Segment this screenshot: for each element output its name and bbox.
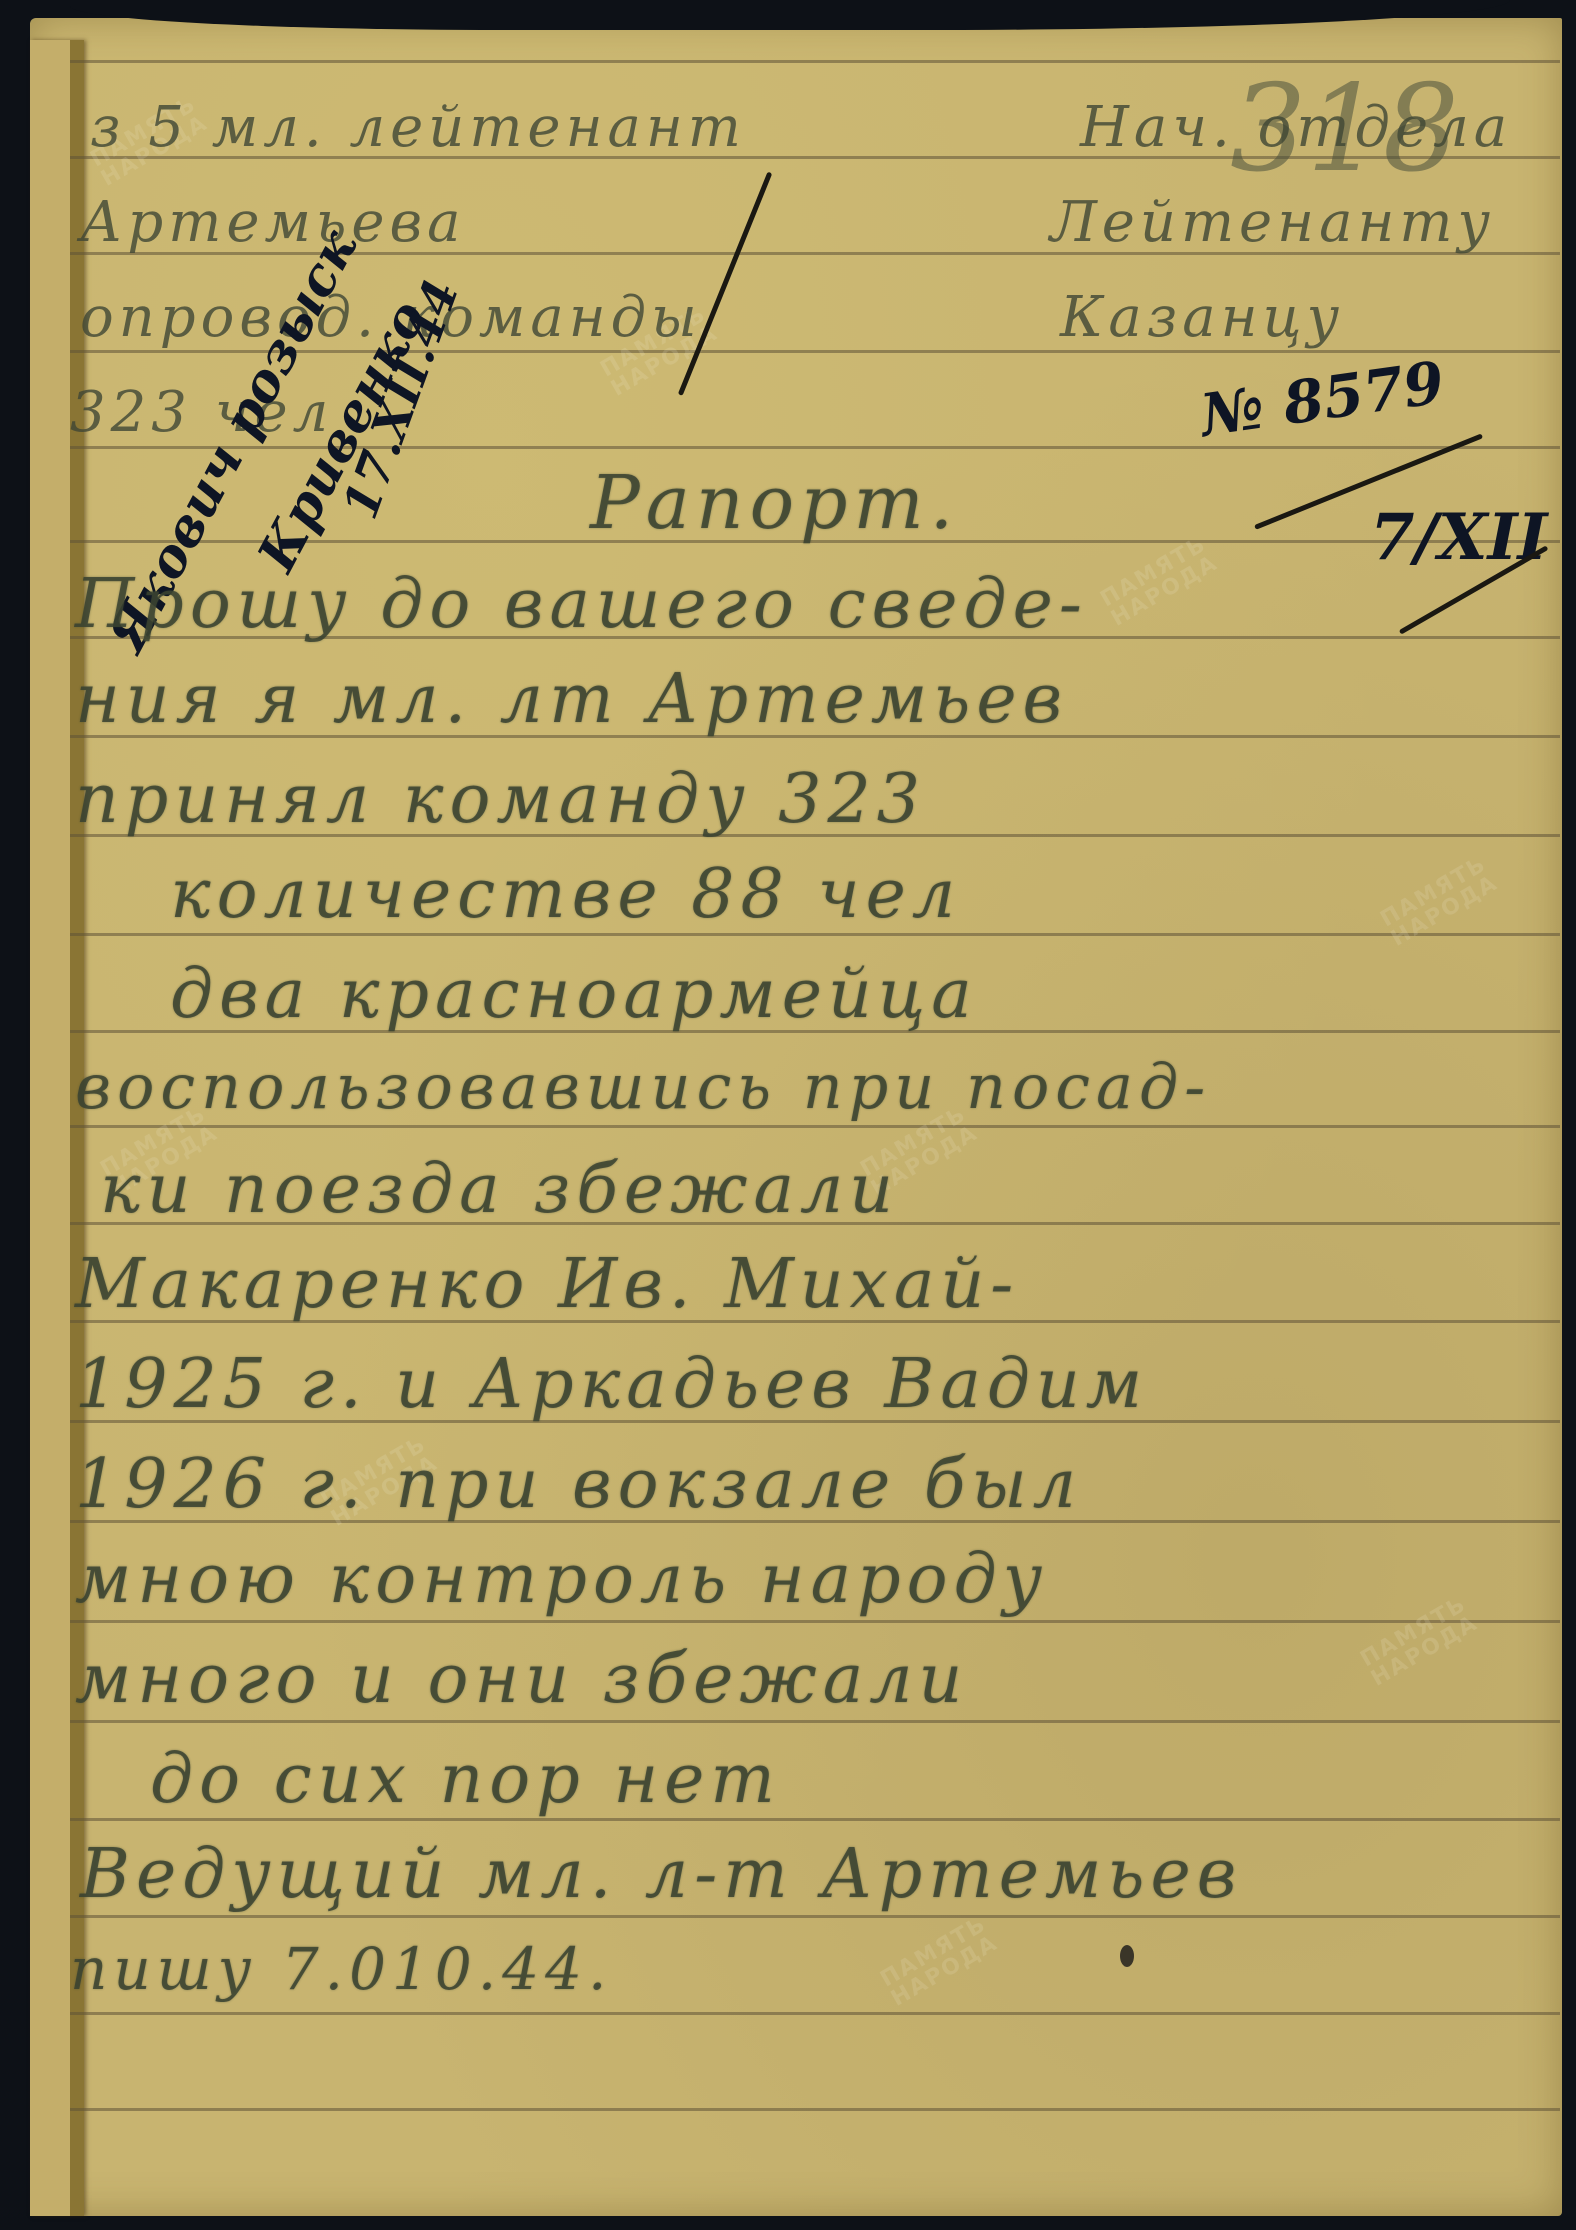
body-line: до сих пор нет [150, 1740, 781, 1819]
binding-margin [30, 40, 84, 2216]
document-title: Рапорт. [590, 460, 959, 546]
body-line: мною контроль народу [75, 1540, 1048, 1619]
header-left-line: з 5 мл. лейтенант [90, 95, 746, 160]
body-line: количестве 88 чел [170, 855, 961, 934]
body-line: два красноармейца [170, 955, 978, 1034]
body-line: Прошу до вашего сведе- [75, 565, 1088, 644]
body-line: воспользовавшись при посад- [75, 1050, 1211, 1123]
ruled-line [70, 1915, 1560, 1918]
header-left-line: Артемьева [80, 190, 466, 255]
header-right-line: Нач. отдела [1080, 95, 1512, 160]
ruled-line [70, 446, 1560, 449]
header-right-line: Лейтенанту [1050, 190, 1495, 255]
body-line: 1925 г. и Аркадьев Вадим [75, 1345, 1148, 1424]
ruled-line [70, 1125, 1560, 1128]
ink-blot [1120, 1945, 1134, 1967]
body-line: Макаренко Ив. Михай- [75, 1245, 1019, 1324]
ruled-line [70, 2012, 1560, 2015]
body-line: 1926 г. при вокзале был [75, 1445, 1082, 1524]
date-line: пишу 7.010.44. [70, 1935, 612, 2003]
signature-line: Ведущий мл. л-т Артемьев [80, 1835, 1242, 1914]
body-line: много и они збежали [75, 1640, 968, 1719]
header-right-line: Казанцу [1060, 285, 1344, 350]
body-line: ния я мл. лт Артемьев [75, 660, 1068, 739]
ruled-line [70, 1720, 1560, 1723]
body-line: принял команду 323 [75, 760, 926, 839]
ruled-line [70, 1620, 1560, 1623]
ruled-line [70, 2108, 1560, 2111]
body-line: ки поезда збежали [100, 1150, 899, 1229]
